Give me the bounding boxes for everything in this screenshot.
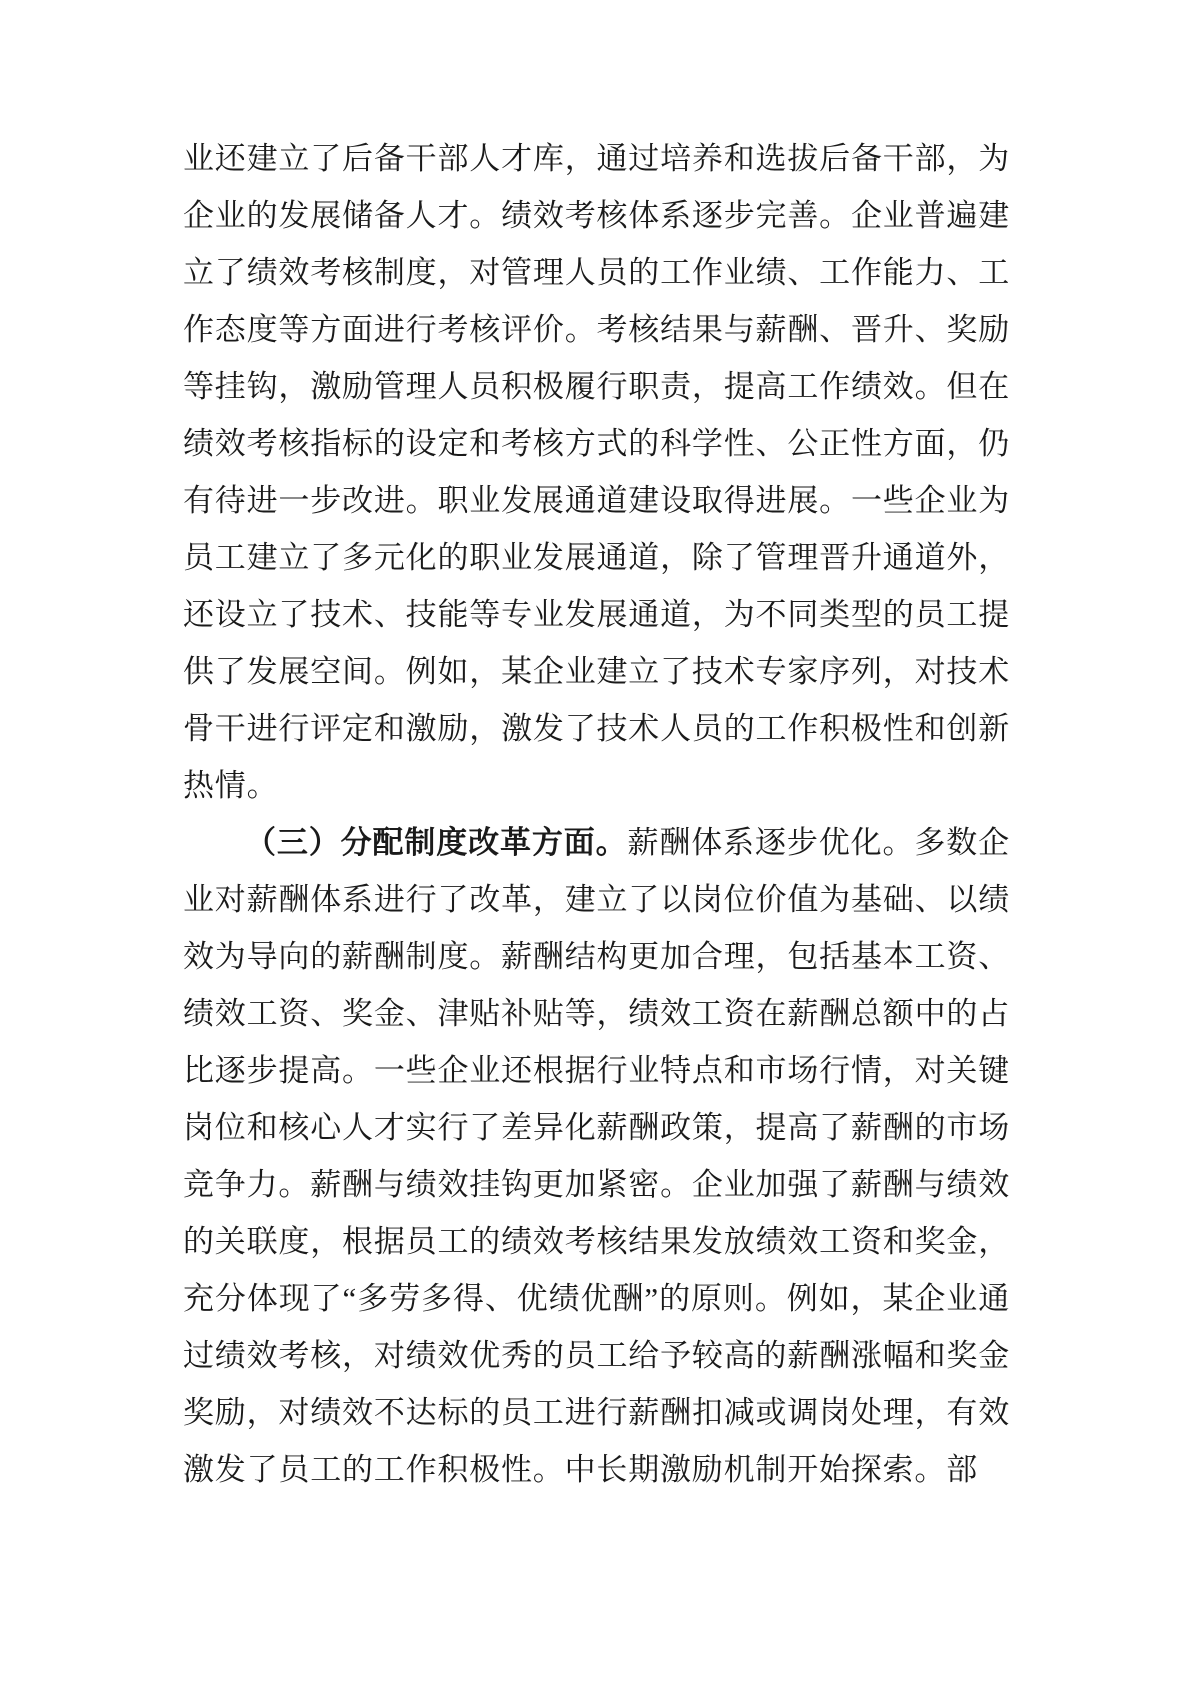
paragraph-text: 薪酬体系逐步优化。多数企业对薪酬体系进行了改革，建立了以岗位价值为基础、以绩效为… bbox=[183, 825, 1010, 1487]
section-heading: （三）分配制度改革方面。 bbox=[245, 825, 628, 860]
paragraph-text: 业还建立了后备干部人才库，通过培养和选拔后备干部，为企业的发展储备人才。绩效考核… bbox=[183, 141, 1010, 803]
document-page: 业还建立了后备干部人才库，通过培养和选拔后备干部，为企业的发展储备人才。绩效考核… bbox=[0, 0, 1190, 1683]
paragraph-section-three: （三）分配制度改革方面。薪酬体系逐步优化。多数企业对薪酬体系进行了改革，建立了以… bbox=[183, 814, 1010, 1498]
paragraph-continuation: 业还建立了后备干部人才库，通过培养和选拔后备干部，为企业的发展储备人才。绩效考核… bbox=[183, 130, 1010, 814]
